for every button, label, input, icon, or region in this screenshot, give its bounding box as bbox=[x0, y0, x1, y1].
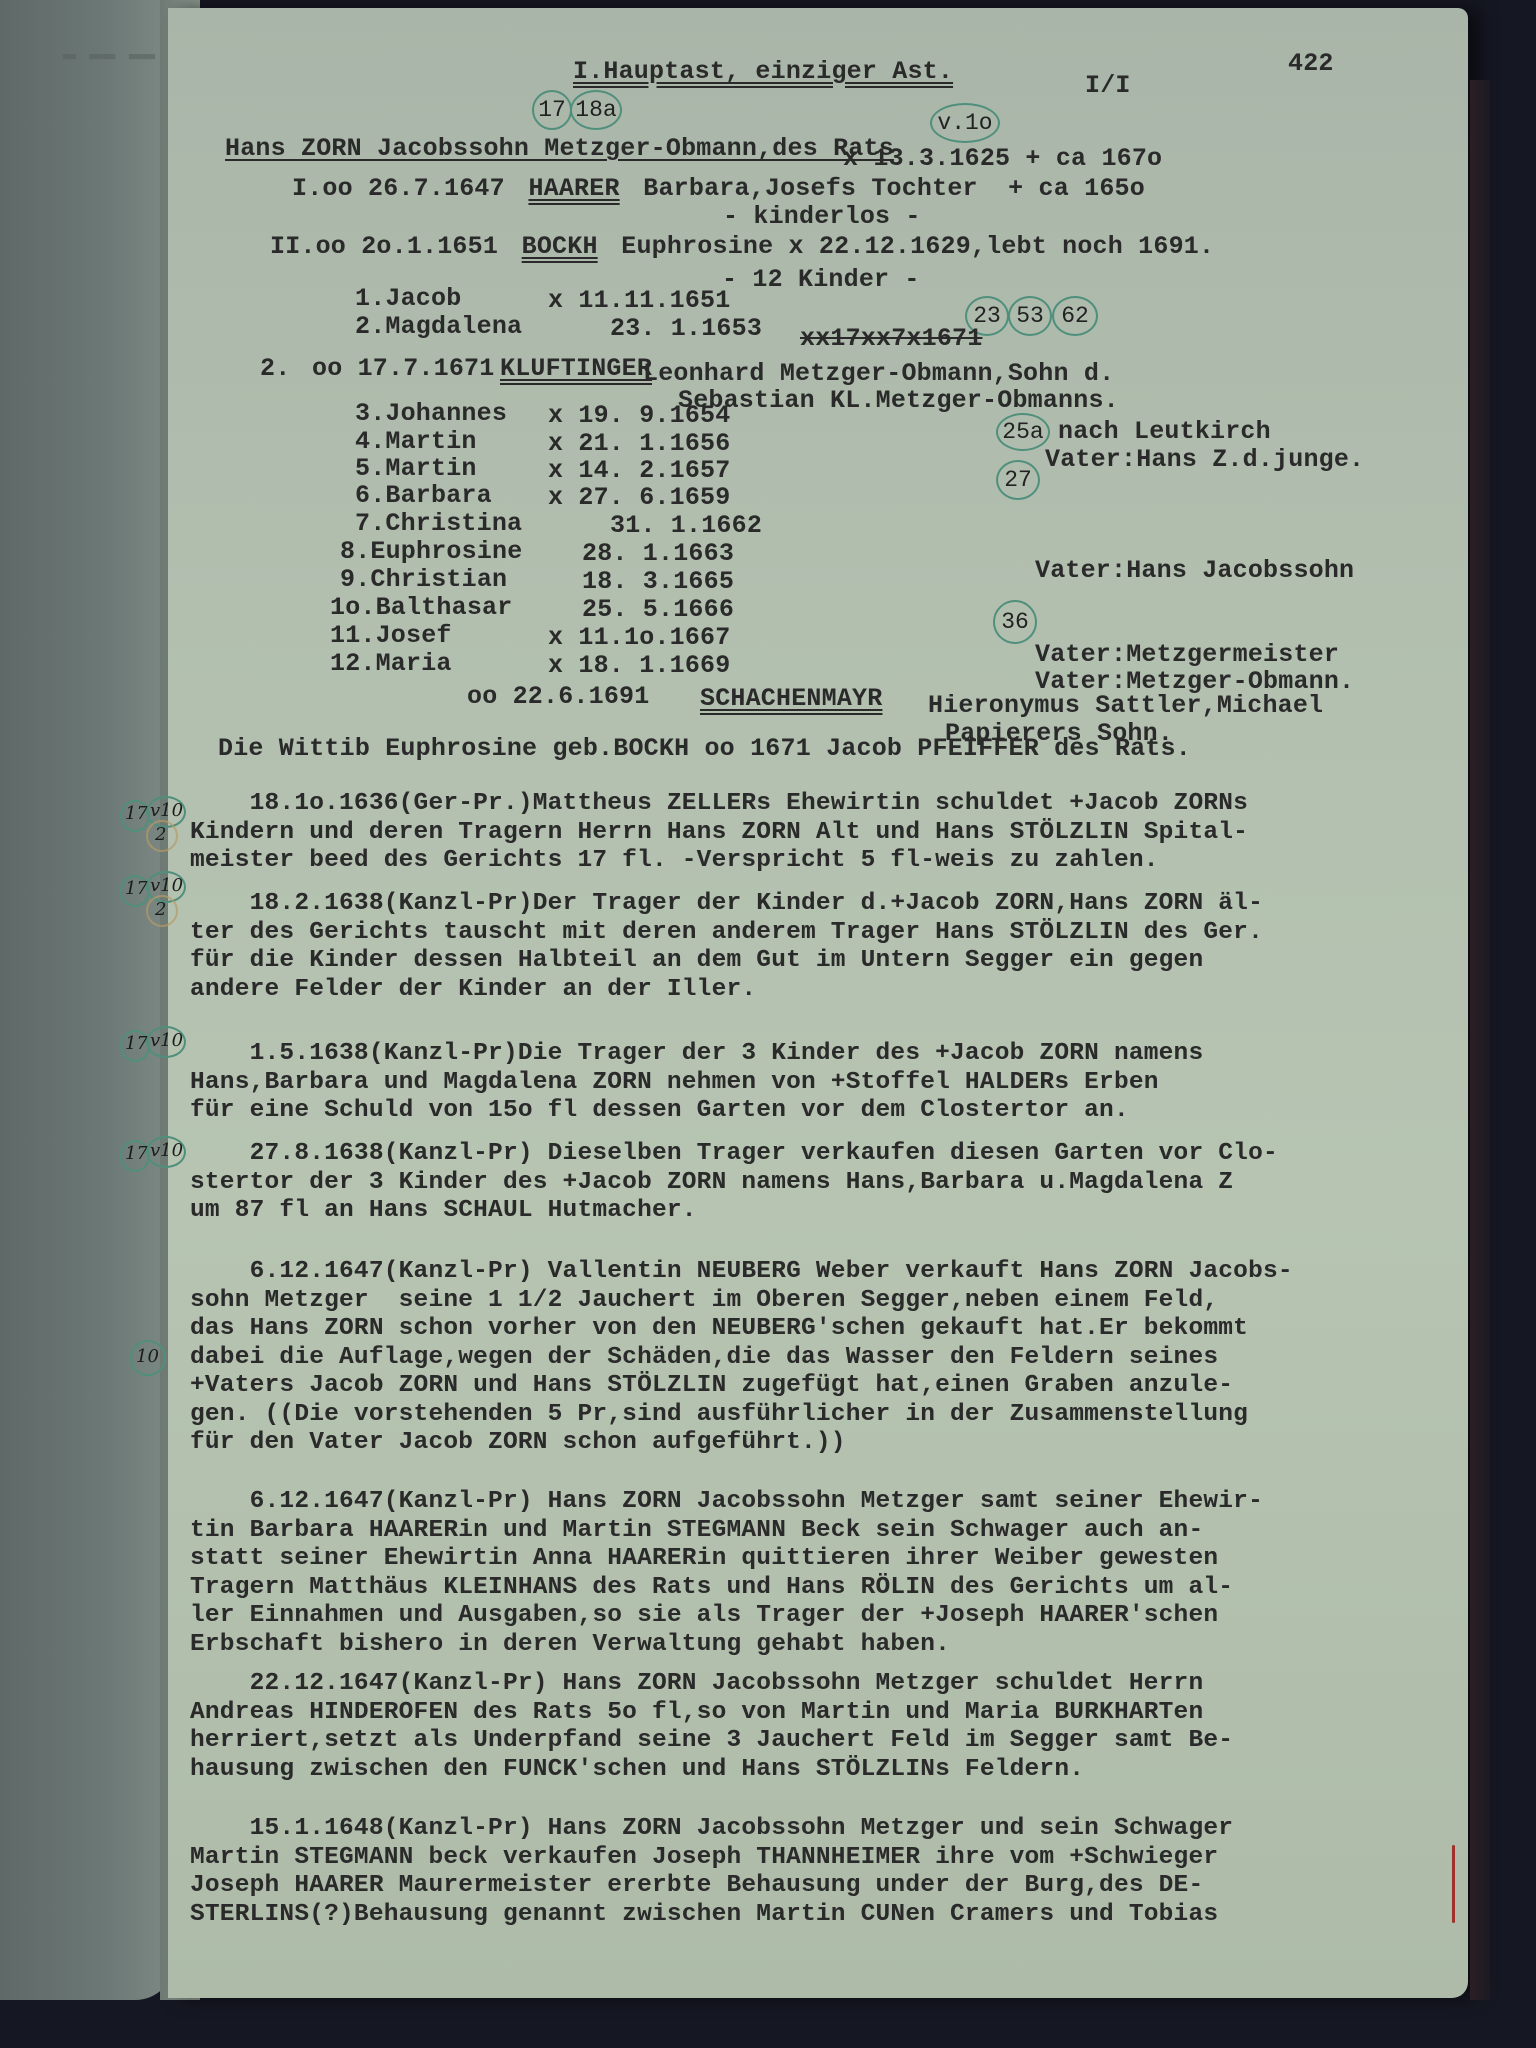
entry-line: das Hans ZORN schon vorher von den NEUBE… bbox=[190, 1315, 1248, 1343]
child-date: x 21. 1.1656 bbox=[548, 430, 730, 458]
margin-note-top: 17 bbox=[125, 1143, 148, 1164]
marriage-details: Euphrosine x 22.12.1629,lebt noch 1691. bbox=[621, 232, 1214, 261]
entry-line: 6.12.1647(Kanzl-Pr) Hans ZORN Jacobssohn… bbox=[190, 1488, 1263, 1516]
child-date: 25. 5.1666 bbox=[582, 596, 734, 624]
child-date: x 11.1o.1667 bbox=[548, 624, 730, 652]
ref-circle-25a: 25a bbox=[996, 413, 1050, 451]
child-date: x 14. 2.1657 bbox=[548, 457, 730, 485]
ref-circle-36: 36 bbox=[993, 600, 1037, 644]
entry-line: Joseph HAARER Maurermeister ererbte Beha… bbox=[190, 1872, 1203, 1900]
entry-line: 27.8.1638(Kanzl-Pr) Dieselben Trager ver… bbox=[190, 1140, 1278, 1168]
marriage-label: II.oo 2o.1.1651 bbox=[270, 232, 498, 261]
child-name: 6.Barbara bbox=[355, 482, 492, 510]
entry-line: +Vaters Jacob ZORN und Hans STÖLZLIN zug… bbox=[190, 1372, 1233, 1400]
child-date: x 18. 1.1669 bbox=[548, 652, 730, 680]
child-name: 11.Josef bbox=[330, 622, 452, 650]
entry-line: gen. ((Die vorstehenden 5 Pr,sind ausfüh… bbox=[190, 1401, 1248, 1429]
magdalena-marriage-date: oo 17.7.1671 bbox=[312, 355, 494, 383]
entry-line: sohn Metzger seine 1 1/2 Jauchert im Obe… bbox=[190, 1287, 1218, 1315]
widow-line: Die Wittib Euphrosine geb.BOCKH oo 1671 … bbox=[218, 735, 1191, 763]
book-edge bbox=[1470, 80, 1490, 2000]
child-date: x 27. 6.1659 bbox=[548, 484, 730, 512]
entry-line: 18.2.1638(Kanzl-Pr)Der Trager der Kinder… bbox=[190, 890, 1263, 918]
margin-note-mid: v10 bbox=[150, 800, 183, 821]
marriage-note: - kinderlos - bbox=[723, 203, 921, 231]
magdalena-prefix: 2. bbox=[260, 355, 290, 383]
page-number: 422 bbox=[1288, 50, 1334, 78]
johannes-note: nach Leutkirch bbox=[1058, 418, 1271, 446]
child-date: 28. 1.1663 bbox=[582, 540, 734, 568]
marriage-2: II.oo 2o.1.1651 BOCKH Euphrosine x 22.12… bbox=[270, 233, 1214, 261]
marriage-details: Barbara,Josefs Tochter + ca 165o bbox=[643, 174, 1145, 203]
marriage-1: I.oo 26.7.1647 HAARER Barbara,Josefs Toc… bbox=[292, 175, 1145, 203]
margin-note-top: 17 bbox=[125, 1033, 148, 1054]
section-label: I/I bbox=[1085, 72, 1131, 100]
marriage-label: I.oo 26.7.1647 bbox=[292, 174, 505, 203]
margin-note-bottom: 2 bbox=[155, 824, 166, 845]
child-name: 12.Maria bbox=[330, 650, 452, 678]
bleed-through-text: ▬ ▬▬ ▬▬ bbox=[10, 40, 160, 70]
marriage-surname: BOCKH bbox=[522, 232, 598, 261]
entry-line: ler Einnahmen und Ausgaben,so sie als Tr… bbox=[190, 1602, 1218, 1630]
magdalena-spouse-details: Leonhard Metzger-Obmann,Sohn d. bbox=[643, 360, 1114, 388]
ref-circle-53: 53 bbox=[1008, 296, 1052, 336]
entry-line: 6.12.1647(Kanzl-Pr) Vallentin NEUBERG We… bbox=[190, 1258, 1293, 1286]
margin-note-top: 17 bbox=[125, 878, 148, 899]
entry-line: um 87 fl an Hans SCHAUL Hutmacher. bbox=[190, 1197, 697, 1225]
entry-line: hausung zwischen den FUNCK'schen und Han… bbox=[190, 1756, 1084, 1784]
page-title: I.Hauptast, einziger Ast. bbox=[573, 58, 953, 86]
ref-circle-v10: v.1o bbox=[930, 103, 1000, 143]
entry-line: meister beed des Gerichts 17 fl. -Verspr… bbox=[190, 847, 1159, 875]
entry-line: 18.1o.1636(Ger-Pr.)Mattheus ZELLERs Ehew… bbox=[190, 790, 1248, 818]
entry-line: für die Kinder dessen Halbteil an dem Gu… bbox=[190, 947, 1203, 975]
children-count: - 12 Kinder - bbox=[722, 266, 920, 294]
entry-line: 15.1.1648(Kanzl-Pr) Hans ZORN Jacobssohn… bbox=[190, 1815, 1233, 1843]
child-name: 4.Martin bbox=[355, 428, 477, 456]
entry-line: Tragern Matthäus KLEINHANS des Rats und … bbox=[190, 1574, 1233, 1602]
child-name: 9.Christian bbox=[340, 566, 507, 594]
entry-line: Erbschaft bishero in deren Verwaltung ge… bbox=[190, 1631, 950, 1659]
ref-circle-27: 27 bbox=[996, 460, 1040, 500]
entry-line: stertor der 3 Kinder des +Jacob ZORN nam… bbox=[190, 1169, 1233, 1197]
struck-text: xx17xx7x1671 bbox=[800, 325, 982, 353]
entry-line: Kindern und deren Tragern Herrn Hans ZOR… bbox=[190, 819, 1248, 847]
entry-line: für den Vater Jacob ZORN schon aufgeführ… bbox=[190, 1429, 846, 1457]
child-name: 3.Johannes bbox=[355, 400, 507, 428]
child-name: 1.Jacob bbox=[355, 285, 461, 313]
josef-note: Vater:Metzgermeister bbox=[1035, 641, 1339, 669]
margin-note-mid: v10 bbox=[150, 875, 183, 896]
entry-line: dabei die Auflage,wegen der Schäden,die … bbox=[190, 1344, 1218, 1372]
margin-note-top: 10 bbox=[136, 1346, 159, 1367]
child-date: x 11.11.1651 bbox=[548, 287, 730, 315]
ref-circle-18a: 18a bbox=[570, 90, 622, 130]
martin-note: Vater:Hans Z.d.junge. bbox=[1045, 446, 1364, 474]
ref-circle-17: 17 bbox=[532, 90, 572, 130]
entry-line: 1.5.1638(Kanzl-Pr)Die Trager der 3 Kinde… bbox=[190, 1040, 1203, 1068]
maria-spouse-surname: SCHACHENMAYR bbox=[700, 685, 882, 713]
child-name: 7.Christina bbox=[355, 510, 522, 538]
entry-line: Martin STEGMANN beck verkaufen Joseph TH… bbox=[190, 1844, 1218, 1872]
magdalena-spouse-father: Sebastian KL.Metzger-Obmanns. bbox=[678, 387, 1119, 415]
entry-line: Hans,Barbara und Magdalena ZORN nehmen v… bbox=[190, 1069, 1159, 1097]
magdalena-spouse-surname: KLUFTINGER bbox=[500, 355, 652, 383]
person-dates: x 13.3.1625 + ca 167o bbox=[843, 145, 1162, 173]
entry-line: ter des Gerichts tauscht mit deren ander… bbox=[190, 919, 1263, 947]
child-date: 23. 1.1653 bbox=[610, 315, 762, 343]
child-name: 5.Martin bbox=[355, 455, 477, 483]
entry-line: STERLINS(?)Behausung genannt zwischen Ma… bbox=[190, 1901, 1218, 1929]
entry-line: statt seiner Ehewirtin Anna HAARERin qui… bbox=[190, 1545, 1218, 1573]
entry-line: für eine Schuld von 15o fl dessen Garten… bbox=[190, 1097, 1129, 1125]
entry-line: tin Barbara HAARERin und Martin STEGMANN… bbox=[190, 1517, 1203, 1545]
entry-line: 22.12.1647(Kanzl-Pr) Hans ZORN Jacobssoh… bbox=[190, 1670, 1203, 1698]
red-pencil-mark bbox=[1452, 1845, 1455, 1923]
margin-note-bottom: 2 bbox=[155, 899, 166, 920]
margin-note-mid: v10 bbox=[150, 1030, 183, 1051]
ref-circle-62: 62 bbox=[1052, 296, 1098, 336]
child-name: 1o.Balthasar bbox=[330, 594, 512, 622]
entry-line: andere Felder der Kinder an der Iller. bbox=[190, 976, 756, 1004]
margin-note-top: 17 bbox=[125, 803, 148, 824]
euphrosine-note: Vater:Hans Jacobssohn bbox=[1035, 557, 1354, 585]
entry-line: herriert,setzt als Underpfand seine 3 Ja… bbox=[190, 1727, 1233, 1755]
child-name: 8.Euphrosine bbox=[340, 538, 522, 566]
entry-line: Andreas HINDEROFEN des Rats 5o fl,so von… bbox=[190, 1699, 1203, 1727]
maria-spouse-details: Hieronymus Sattler,Michael bbox=[928, 692, 1323, 720]
person-name: Hans ZORN Jacobssohn Metzger-Obmann,des … bbox=[225, 135, 894, 163]
marriage-surname: HAARER bbox=[528, 174, 619, 203]
facing-page: ▬ ▬▬ ▬▬ bbox=[0, 0, 175, 2000]
child-date: 31. 1.1662 bbox=[610, 512, 762, 540]
child-date: 18. 3.1665 bbox=[582, 568, 734, 596]
margin-note-mid: v10 bbox=[150, 1140, 183, 1161]
maria-marriage-date: oo 22.6.1691 bbox=[467, 683, 649, 711]
child-name: 2.Magdalena bbox=[355, 313, 522, 341]
